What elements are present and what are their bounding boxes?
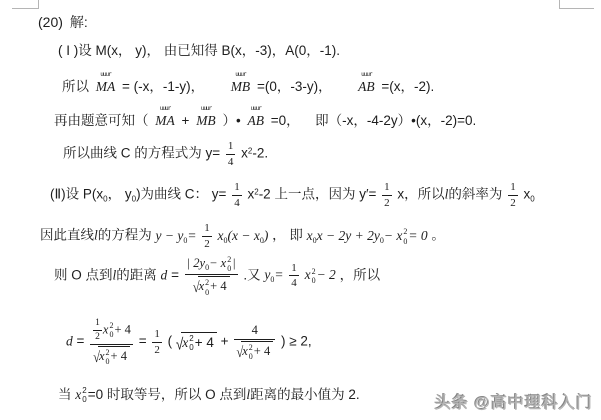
radicand: x20+ 4 [241,341,273,361]
sqrt-x0sq-plus-4: √x20+ 4 [93,346,130,366]
sub-sup-stack: 20 [109,321,113,339]
step1-text: ( I )设 M(x， y)， 由已知得 B(x，-3)，A(0，-1). [58,43,340,58]
subscript-zero: 0 [205,288,209,297]
close-paren-geq-two: ) ≥ 2, [281,334,312,349]
y0-substitution: y0= [264,267,283,282]
exponent: 2 [312,267,316,276]
vector-arrow-icon: uuur [247,106,264,112]
vector-mb: uuurMB [196,112,216,130]
math-text: | [232,256,235,270]
sub-sup-stack: 20 [205,278,209,296]
math-text: − 2 [317,267,336,282]
plus-four: + 4 [195,335,214,350]
math-text: − x [209,256,226,270]
big-fraction-denominator: √x20+ 4 [90,345,133,366]
plus-four: + 4 [114,322,130,336]
watermark: 头条 @高中理科入门 [435,390,593,413]
vector-arrow-icon: uuur [96,72,116,78]
fraction-numerator: 1 [232,181,242,196]
distance-fraction: | 2y0− x20| √x20+ 4 [185,255,238,297]
math-text: = [274,267,283,282]
step1-line: ( I )设 M(x， y)， 由已知得 B(x，-3)，A(0，-1). [58,42,340,60]
sqrt-x0sq-plus-4: √x20+ 4 [193,276,230,296]
math-text: x [305,267,311,282]
fraction-denominator: 2 [202,237,212,251]
plus-four: + 4 [111,349,127,363]
subscript-zero: 0 [227,264,231,273]
conclusion-text: 距离的最小值为 2. [250,387,360,402]
fraction-numerator: 1 [226,140,236,155]
equals-zero: =0， [271,113,300,128]
curve-equation-line: 所以曲线 C 的方程式为 y= 14 x2-2. [63,140,268,168]
radicand: x20+ 4 [98,346,130,366]
point-slope-form2: x0(x − x0) [218,228,269,243]
part2-text: -2 上一点，因为 y [259,187,366,202]
vector-ma-label: MA [96,79,116,94]
sub-sup-stack: 20 [403,227,407,245]
fraction-numerator: 1 [289,262,299,277]
part2-text: (Ⅱ)设 P(x [50,187,103,202]
open-paren: ( [168,334,173,349]
vector-mb: uuurMB [231,78,251,96]
fraction-denominator: 2 [152,343,162,357]
period: 。 [431,228,445,243]
exponent: 2 [109,321,113,330]
vector-ab-label: AB [358,79,375,94]
part2-text: 的斜率为 [448,187,502,202]
exponent: 2 [189,334,193,343]
math-text: = 0 [408,228,427,243]
fraction-one-half: 12 [508,181,518,209]
sub-sup-stack: 20 [106,348,110,366]
equals-sign: = [77,334,85,349]
plus-four: + 4 [210,279,226,293]
distance-line: 则 O 点到l的距离 d = | 2y0− x20| √x20+ 4 .又 y0… [54,255,380,297]
big-fraction: 12x20+ 4 √x20+ 4 [90,318,133,366]
part2-text: ， y [108,187,132,202]
fraction-numerator: 4 [234,323,275,339]
part2-text: ，所以 [404,187,445,202]
close-paren-dot: ）• [222,113,240,128]
fraction-denominator: 4 [289,276,299,290]
fraction-numerator: 1 [382,181,392,196]
sub-sup-stack: 20 [312,267,316,285]
sub-sup-stack: 20 [227,255,231,273]
radical-sign: √ [193,279,200,296]
vector-mb-value: =(0，-3-y)， [257,79,332,94]
fraction-denominator: 2 [382,196,392,210]
math-text: = [187,228,196,243]
page-corner-mark-left [12,0,39,9]
page-corner-mark-right [559,0,594,9]
curve-equation-prefix: 所以曲线 C 的方程式为 y= [63,146,220,161]
distance-denominator: √x20+ 4 [185,275,238,296]
fraction-numerator: 1 [93,318,102,331]
equals-sign: = [139,334,147,349]
y0-substitution2: x20− 2 [305,267,336,282]
exponent: 2 [106,348,110,357]
solution-label: 解: [70,14,88,30]
exponent: 2 [249,343,253,352]
conclusion-line: 当 x20=0 时取等号，所以 O 点到l距离的最小值为 2. [58,386,360,405]
general-form: x0x − 2y + 2y0− x20= 0 [307,228,428,243]
radical-sign: √ [176,334,183,355]
d-variable: d [161,267,168,282]
curve-equation-tail: -2. [252,146,268,161]
also-connector: .又 [243,267,264,282]
vector-ma: uuurMA [155,112,175,130]
vector-ab-label: AB [247,113,264,128]
fraction-numerator: 1 [152,328,162,343]
part2-text: )为曲线 C： y= [136,187,226,202]
vector-mb-label: MB [231,79,251,94]
vectors-line: 所以 uuurMA = (-x，-1-y)， uuurMB =(0，-3-y)，… [62,78,434,96]
x-variable: x [241,146,248,161]
tangent-prefix: 因此直线 [40,228,94,243]
math-text: x − 2y + 2y [317,228,380,243]
equals-sign: = [368,187,376,202]
math-text: (x − x [228,228,260,243]
problem-number: (20) [38,14,63,30]
vector-arrow-icon: uuur [196,106,216,112]
fraction-one-quarter: 14 [232,181,242,209]
fraction-one-half: 12 [202,222,212,250]
subscript-zero: 0 [312,276,316,285]
x-variable: x [75,387,81,402]
sub-sup-stack: 20 [189,334,193,352]
sqrt-x0sq-plus-4: √x20+ 4 [236,341,273,361]
point-slope-form: y − y0= [156,228,197,243]
fraction-one-half: 12 [382,181,392,209]
math-text: | 2y [187,256,205,270]
ji-connector: ， 即 [272,228,303,243]
vector-ma-label: MA [155,113,175,128]
d-variable: d [66,334,73,349]
plus-sign: + [182,113,190,128]
fraction-one-quarter: 14 [226,140,236,168]
x-variable: x [103,322,109,336]
fraction-denominator: 2 [508,196,518,210]
solution-heading: (20)解: [38,13,88,31]
fraction-denominator: 4 [226,155,236,169]
subscript-zero: 0 [106,357,110,366]
fraction-denominator: 4 [232,196,242,210]
document-page: (20)解: ( I )设 M(x， y)， 由已知得 B(x，-3)，A(0，… [0,0,601,420]
dot-product-prefix: 再由题意可知（ [54,113,149,128]
plus-sign: + [221,334,229,349]
exponent: 2 [82,386,86,395]
dot-product-line: 再由题意可知（ uuurMA + uuurMB ）• uuurAB =0， 即（… [54,112,476,130]
vector-ab: uuurAB [358,78,375,96]
expanded-dot-product: 即（-x，-4-2y）•(x，-2)=0. [315,113,476,128]
tangent-line-equation: 因此直线l的方程为 y − y0= 12 x0(x − x0) ， 即 x0x … [40,222,445,250]
minimum-derivation-line: d = 12x20+ 4 √x20+ 4 = 12 ( √x20+ 4 + 4 … [66,318,312,366]
radical-sign: √ [236,344,243,361]
suoyi-connector: ，所以 [340,267,381,282]
distance-prefix: 则 O 点到 [54,267,113,282]
radicand: x20+ 4 [181,332,217,353]
vector-ab-value: =(x，-2). [381,79,434,94]
vector-ab: uuurAB [247,112,264,130]
fraction-numerator: 1 [202,222,212,237]
distance-numerator: | 2y0− x20| [185,255,238,275]
vector-ma-value: = (-x，-1-y)， [122,79,204,94]
vectors-prefix: 所以 [62,79,89,94]
fraction-denominator: 2 [93,331,102,343]
math-text: − x [384,228,402,243]
radicand: x20+ 4 [198,276,230,296]
subscript-zero: 0 [82,395,86,404]
math-text: y − y [156,228,184,243]
sub-sup-stack: 20 [249,343,253,361]
radical-sign: √ [93,349,100,366]
four-over-sqrt-fraction: 4 √x20+ 4 [234,323,275,361]
vector-ma: uuurMA [96,78,116,96]
tangent-prefix2: 的方程为 [98,228,152,243]
vector-arrow-icon: uuur [155,106,175,112]
fraction-one-quarter: 14 [289,262,299,290]
distance-prefix2: 的距离 [116,267,157,282]
fraction-one-half: 12 [152,328,162,356]
exponent: 2 [403,227,407,236]
exponent: 2 [205,278,209,287]
vector-mb-label: MB [196,113,216,128]
subscript-zero: 0 [109,330,113,339]
subscript-zero: 0 [530,195,534,204]
fraction-one-half: 12 [93,318,102,343]
equals-sign: = [171,267,179,282]
sub-sup-stack: 20 [82,386,86,404]
sqrt-x0sq-plus-4: √x20+ 4 [176,332,217,353]
vector-arrow-icon: uuur [231,72,251,78]
subscript-zero: 0 [249,352,253,361]
part2-setup-line: (Ⅱ)设 P(x0， y0)为曲线 C： y= 14 x2-2 上一点，因为 y… [50,181,535,209]
big-fraction-numerator: 12x20+ 4 [90,318,133,345]
conclusion-text: 当 [58,387,75,402]
abs-expression: | 2y0− x20| [187,256,236,270]
fraction-numerator: 1 [508,181,518,196]
subscript-zero: 0 [403,237,407,246]
plus-four: + 4 [254,344,270,358]
exponent: 2 [227,255,231,264]
math-text: ) [264,228,269,243]
conclusion-text: =0 时取等号，所以 O 点到 [88,387,247,402]
subscript-zero: 0 [189,343,193,352]
fraction-denominator: √x20+ 4 [234,340,275,361]
vector-arrow-icon: uuur [358,72,375,78]
